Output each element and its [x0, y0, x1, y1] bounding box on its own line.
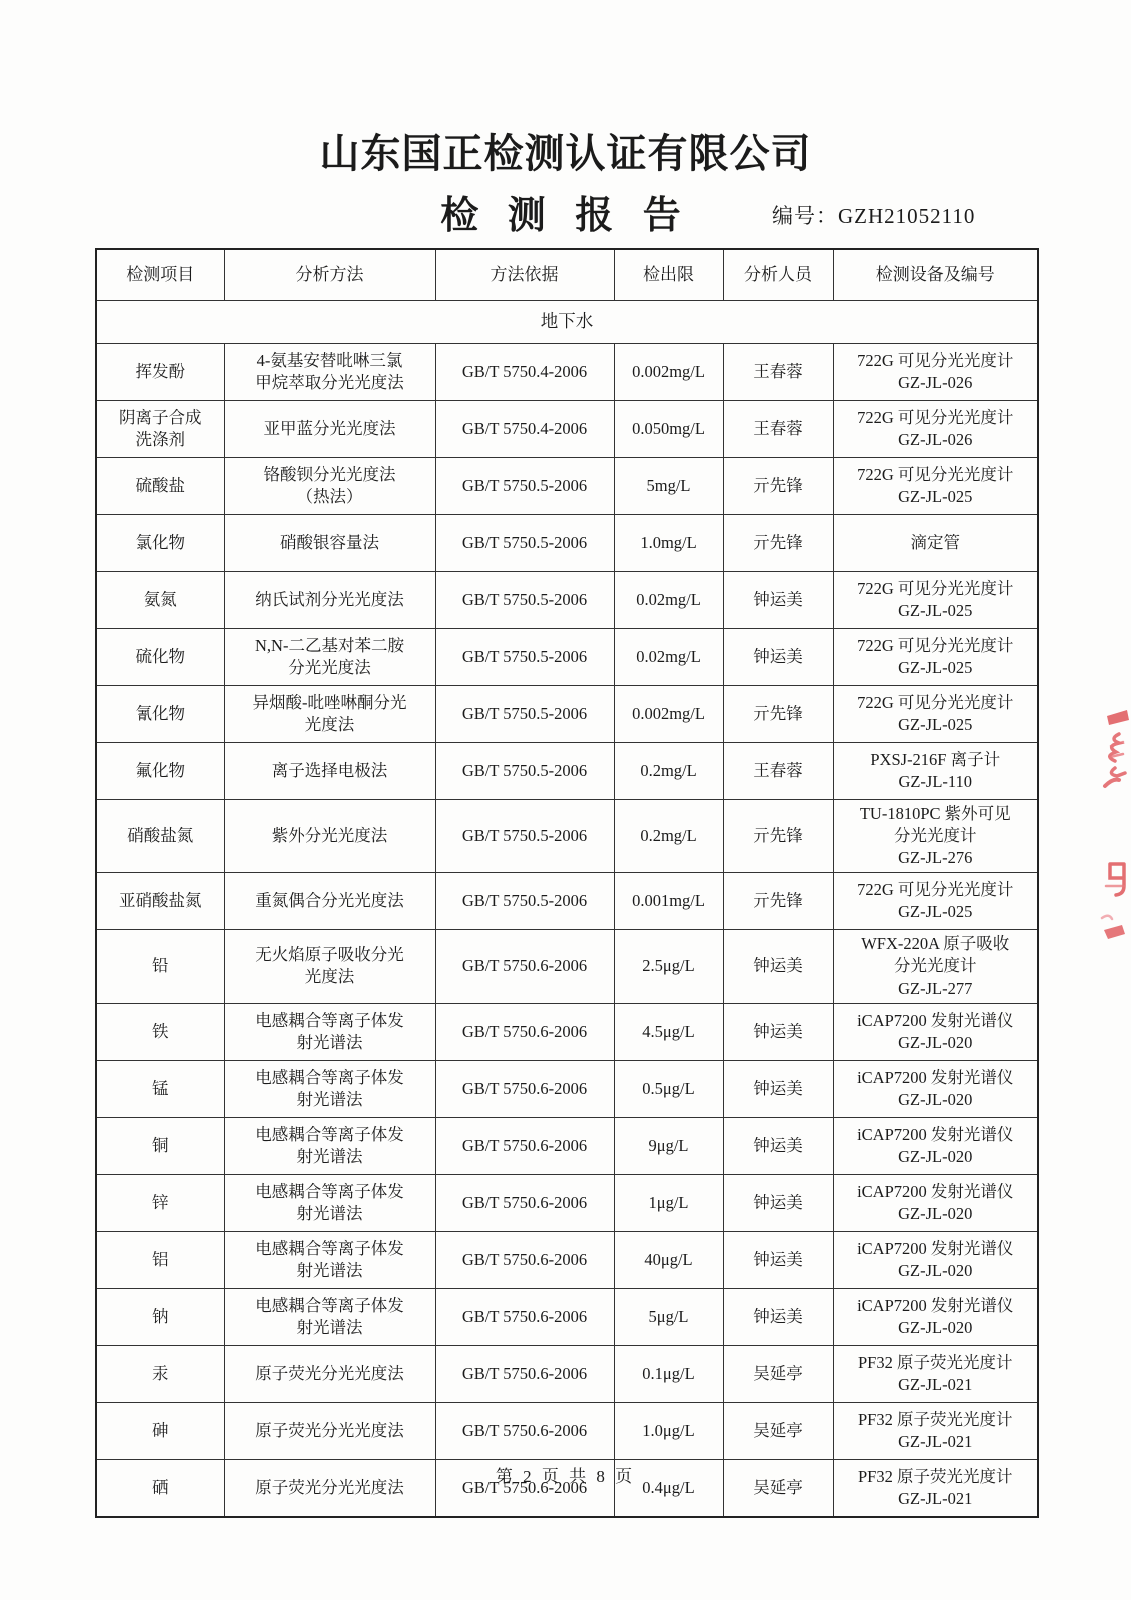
cell-analysis-method: 无火焰原子吸收分光 光度法	[224, 930, 435, 1003]
cell-equipment: 722G 可见分光光度计 GZ-JL-025	[833, 572, 1038, 629]
cell-detection-limit: 0.002mg/L	[614, 686, 723, 743]
header-method-basis: 方法依据	[435, 249, 614, 301]
cell-equipment: PF32 原子荧光光度计 GZ-JL-021	[833, 1345, 1038, 1402]
cell-analyst: 吴延亭	[723, 1402, 833, 1459]
table-row: 挥发酚 4-氨基安替吡啉三氯 甲烷萃取分光光度法 GB/T 5750.4-200…	[96, 344, 1038, 401]
cell-equipment: 722G 可见分光光度计 GZ-JL-025	[833, 629, 1038, 686]
header-analysis-method: 分析方法	[224, 249, 435, 301]
cell-detection-limit: 2.5μg/L	[614, 930, 723, 1003]
cell-test-item: 汞	[96, 1345, 224, 1402]
cell-test-item: 铅	[96, 930, 224, 1003]
table-row: 锌 电感耦合等离子体发 射光谱法 GB/T 5750.6-2006 1μg/L …	[96, 1174, 1038, 1231]
table-section: 地下水	[96, 301, 1038, 344]
cell-analyst: 钟运美	[723, 1060, 833, 1117]
cell-analysis-method: 原子荧光分光光度法	[224, 1345, 435, 1402]
cell-test-item: 氰化物	[96, 686, 224, 743]
report-number-value: GZH21052110	[838, 204, 975, 228]
cell-test-item: 阴离子合成 洗涤剂	[96, 401, 224, 458]
cell-test-item: 硫酸盐	[96, 458, 224, 515]
cell-test-item: 锰	[96, 1060, 224, 1117]
cell-detection-limit: 1μg/L	[614, 1174, 723, 1231]
cell-method-basis: GB/T 5750.6-2006	[435, 1174, 614, 1231]
cell-analyst: 钟运美	[723, 629, 833, 686]
cell-analyst: 亓先锋	[723, 458, 833, 515]
cell-method-basis: GB/T 5750.6-2006	[435, 1003, 614, 1060]
cell-equipment: PXSJ-216F 离子计 GZ-JL-110	[833, 743, 1038, 800]
report-number-label: 编号：	[772, 204, 838, 228]
cell-equipment: PF32 原子荧光光度计 GZ-JL-021	[833, 1402, 1038, 1459]
cell-detection-limit: 1.0mg/L	[614, 515, 723, 572]
cell-equipment: 722G 可见分光光度计 GZ-JL-025	[833, 458, 1038, 515]
cell-equipment: iCAP7200 发射光谱仪 GZ-JL-020	[833, 1231, 1038, 1288]
cell-analysis-method: 异烟酸-吡唑啉酮分光 光度法	[224, 686, 435, 743]
table-row: 硝酸盐氮 紫外分光光度法 GB/T 5750.5-2006 0.2mg/L 亓先…	[96, 800, 1038, 873]
table-row: 氨氮 纳氏试剂分光光度法 GB/T 5750.5-2006 0.02mg/L 钟…	[96, 572, 1038, 629]
cell-equipment: iCAP7200 发射光谱仪 GZ-JL-020	[833, 1003, 1038, 1060]
cell-analyst: 王春蓉	[723, 344, 833, 401]
table-row: 钠 电感耦合等离子体发 射光谱法 GB/T 5750.6-2006 5μg/L …	[96, 1288, 1038, 1345]
table-row: 铝 电感耦合等离子体发 射光谱法 GB/T 5750.6-2006 40μg/L…	[96, 1231, 1038, 1288]
cell-analyst: 钟运美	[723, 930, 833, 1003]
table-header: 检测项目 分析方法 方法依据 检出限 分析人员 检测设备及编号	[96, 249, 1038, 301]
table-row: 氯化物 硝酸银容量法 GB/T 5750.5-2006 1.0mg/L 亓先锋 …	[96, 515, 1038, 572]
cell-test-item: 挥发酚	[96, 344, 224, 401]
cell-analyst: 钟运美	[723, 1288, 833, 1345]
cell-equipment: 722G 可见分光光度计 GZ-JL-026	[833, 401, 1038, 458]
cell-analysis-method: 4-氨基安替吡啉三氯 甲烷萃取分光光度法	[224, 344, 435, 401]
header-test-item: 检测项目	[96, 249, 224, 301]
table-row: 铜 电感耦合等离子体发 射光谱法 GB/T 5750.6-2006 9μg/L …	[96, 1117, 1038, 1174]
red-seal-fragment-upper	[1085, 708, 1131, 808]
header-analyst: 分析人员	[723, 249, 833, 301]
cell-detection-limit: 5mg/L	[614, 458, 723, 515]
cell-analysis-method: 电感耦合等离子体发 射光谱法	[224, 1174, 435, 1231]
cell-equipment: 滴定管	[833, 515, 1038, 572]
cell-test-item: 氟化物	[96, 743, 224, 800]
cell-method-basis: GB/T 5750.5-2006	[435, 458, 614, 515]
cell-method-basis: GB/T 5750.6-2006	[435, 1402, 614, 1459]
cell-detection-limit: 1.0μg/L	[614, 1402, 723, 1459]
cell-equipment: 722G 可见分光光度计 GZ-JL-026	[833, 344, 1038, 401]
cell-equipment: iCAP7200 发射光谱仪 GZ-JL-020	[833, 1174, 1038, 1231]
header-equipment: 检测设备及编号	[833, 249, 1038, 301]
cell-detection-limit: 0.2mg/L	[614, 743, 723, 800]
cell-equipment: iCAP7200 发射光谱仪 GZ-JL-020	[833, 1060, 1038, 1117]
cell-detection-limit: 0.001mg/L	[614, 873, 723, 930]
cell-equipment: iCAP7200 发射光谱仪 GZ-JL-020	[833, 1288, 1038, 1345]
cell-test-item: 铝	[96, 1231, 224, 1288]
report-number: 编号：GZH21052110	[772, 200, 975, 230]
header-detection-limit: 检出限	[614, 249, 723, 301]
cell-method-basis: GB/T 5750.6-2006	[435, 1231, 614, 1288]
cell-detection-limit: 0.5μg/L	[614, 1060, 723, 1117]
cell-analyst: 王春蓉	[723, 401, 833, 458]
cell-detection-limit: 0.02mg/L	[614, 629, 723, 686]
cell-test-item: 亚硝酸盐氮	[96, 873, 224, 930]
cell-analysis-method: 原子荧光分光光度法	[224, 1402, 435, 1459]
cell-method-basis: GB/T 5750.5-2006	[435, 873, 614, 930]
cell-analysis-method: 电感耦合等离子体发 射光谱法	[224, 1060, 435, 1117]
cell-analyst: 亓先锋	[723, 800, 833, 873]
cell-equipment: WFX-220A 原子吸收 分光光度计 GZ-JL-277	[833, 930, 1038, 1003]
cell-analysis-method: 离子选择电极法	[224, 743, 435, 800]
cell-equipment: 722G 可见分光光度计 GZ-JL-025	[833, 873, 1038, 930]
cell-analysis-method: 电感耦合等离子体发 射光谱法	[224, 1003, 435, 1060]
cell-analyst: 钟运美	[723, 572, 833, 629]
cell-analyst: 吴延亭	[723, 1345, 833, 1402]
cell-method-basis: GB/T 5750.5-2006	[435, 686, 614, 743]
table-row: 砷 原子荧光分光光度法 GB/T 5750.6-2006 1.0μg/L 吴延亭…	[96, 1402, 1038, 1459]
cell-detection-limit: 0.1μg/L	[614, 1345, 723, 1402]
cell-method-basis: GB/T 5750.6-2006	[435, 1117, 614, 1174]
cell-analysis-method: 重氮偶合分光光度法	[224, 873, 435, 930]
cell-method-basis: GB/T 5750.5-2006	[435, 743, 614, 800]
cell-test-item: 砷	[96, 1402, 224, 1459]
cell-detection-limit: 0.02mg/L	[614, 572, 723, 629]
cell-method-basis: GB/T 5750.5-2006	[435, 572, 614, 629]
cell-analysis-method: 硝酸银容量法	[224, 515, 435, 572]
cell-test-item: 硝酸盐氮	[96, 800, 224, 873]
cell-method-basis: GB/T 5750.6-2006	[435, 930, 614, 1003]
cell-method-basis: GB/T 5750.6-2006	[435, 1060, 614, 1117]
cell-analysis-method: 电感耦合等离子体发 射光谱法	[224, 1288, 435, 1345]
cell-detection-limit: 5μg/L	[614, 1288, 723, 1345]
cell-analyst: 钟运美	[723, 1117, 833, 1174]
table-row: 硫化物 N,N-二乙基对苯二胺 分光光度法 GB/T 5750.5-2006 0…	[96, 629, 1038, 686]
table-row: 铁 电感耦合等离子体发 射光谱法 GB/T 5750.6-2006 4.5μg/…	[96, 1003, 1038, 1060]
table-row: 铅 无火焰原子吸收分光 光度法 GB/T 5750.6-2006 2.5μg/L…	[96, 930, 1038, 1003]
cell-detection-limit: 40μg/L	[614, 1231, 723, 1288]
cell-test-item: 氨氮	[96, 572, 224, 629]
cell-analysis-method: N,N-二乙基对苯二胺 分光光度法	[224, 629, 435, 686]
table-row: 亚硝酸盐氮 重氮偶合分光光度法 GB/T 5750.5-2006 0.001mg…	[96, 873, 1038, 930]
table-row: 汞 原子荧光分光光度法 GB/T 5750.6-2006 0.1μg/L 吴延亭…	[96, 1345, 1038, 1402]
cell-analysis-method: 电感耦合等离子体发 射光谱法	[224, 1231, 435, 1288]
cell-test-item: 铁	[96, 1003, 224, 1060]
red-seal-fragment-lower	[1094, 856, 1131, 948]
cell-analyst: 王春蓉	[723, 743, 833, 800]
cell-analyst: 钟运美	[723, 1231, 833, 1288]
cell-test-item: 铜	[96, 1117, 224, 1174]
table-row: 阴离子合成 洗涤剂 亚甲蓝分光光度法 GB/T 5750.4-2006 0.05…	[96, 401, 1038, 458]
cell-analysis-method: 纳氏试剂分光光度法	[224, 572, 435, 629]
table-row: 氟化物 离子选择电极法 GB/T 5750.5-2006 0.2mg/L 王春蓉…	[96, 743, 1038, 800]
table-body: 挥发酚 4-氨基安替吡啉三氯 甲烷萃取分光光度法 GB/T 5750.4-200…	[96, 344, 1038, 1517]
table-row: 锰 电感耦合等离子体发 射光谱法 GB/T 5750.6-2006 0.5μg/…	[96, 1060, 1038, 1117]
cell-detection-limit: 4.5μg/L	[614, 1003, 723, 1060]
section-label-groundwater: 地下水	[96, 301, 1038, 344]
cell-method-basis: GB/T 5750.4-2006	[435, 344, 614, 401]
cell-detection-limit: 0.050mg/L	[614, 401, 723, 458]
cell-method-basis: GB/T 5750.5-2006	[435, 515, 614, 572]
company-title: 山东国正检测认证有限公司	[0, 122, 1131, 179]
cell-method-basis: GB/T 5750.5-2006	[435, 629, 614, 686]
cell-equipment: iCAP7200 发射光谱仪 GZ-JL-020	[833, 1117, 1038, 1174]
page-footer: 第 2 页 共 8 页	[0, 1462, 1131, 1487]
cell-analyst: 亓先锋	[723, 873, 833, 930]
cell-test-item: 氯化物	[96, 515, 224, 572]
cell-analyst: 钟运美	[723, 1003, 833, 1060]
cell-method-basis: GB/T 5750.6-2006	[435, 1288, 614, 1345]
test-report-table: 检测项目 分析方法 方法依据 检出限 分析人员 检测设备及编号 地下水 挥发酚 …	[95, 248, 1039, 1518]
cell-method-basis: GB/T 5750.4-2006	[435, 401, 614, 458]
cell-analyst: 钟运美	[723, 1174, 833, 1231]
cell-analysis-method: 紫外分光光度法	[224, 800, 435, 873]
section-row: 地下水	[96, 301, 1038, 344]
table-row: 硫酸盐 铬酸钡分光光度法 （热法） GB/T 5750.5-2006 5mg/L…	[96, 458, 1038, 515]
cell-equipment: TU-1810PC 紫外可见 分光光度计 GZ-JL-276	[833, 800, 1038, 873]
cell-analysis-method: 铬酸钡分光光度法 （热法）	[224, 458, 435, 515]
cell-method-basis: GB/T 5750.5-2006	[435, 800, 614, 873]
report-page: { "page": { "company_name": "山东国正检测认证有限公…	[0, 0, 1131, 1600]
cell-analysis-method: 电感耦合等离子体发 射光谱法	[224, 1117, 435, 1174]
table-header-row: 检测项目 分析方法 方法依据 检出限 分析人员 检测设备及编号	[96, 249, 1038, 301]
cell-detection-limit: 9μg/L	[614, 1117, 723, 1174]
table-row: 氰化物 异烟酸-吡唑啉酮分光 光度法 GB/T 5750.5-2006 0.00…	[96, 686, 1038, 743]
cell-equipment: 722G 可见分光光度计 GZ-JL-025	[833, 686, 1038, 743]
cell-detection-limit: 0.2mg/L	[614, 800, 723, 873]
cell-detection-limit: 0.002mg/L	[614, 344, 723, 401]
cell-analyst: 亓先锋	[723, 686, 833, 743]
cell-test-item: 锌	[96, 1174, 224, 1231]
cell-test-item: 钠	[96, 1288, 224, 1345]
cell-analysis-method: 亚甲蓝分光光度法	[224, 401, 435, 458]
cell-test-item: 硫化物	[96, 629, 224, 686]
cell-method-basis: GB/T 5750.6-2006	[435, 1345, 614, 1402]
cell-analyst: 亓先锋	[723, 515, 833, 572]
